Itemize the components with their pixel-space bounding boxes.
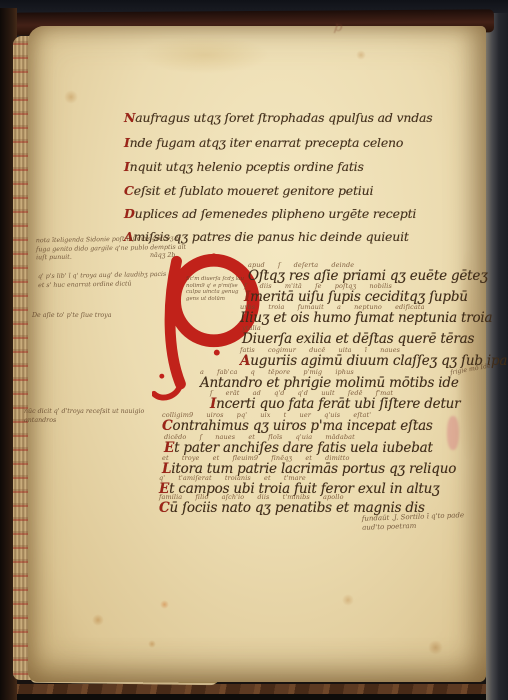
- argumentum-line: Ceſsit et ſublato moueret genitore petiu…: [124, 183, 444, 198]
- verse-text: Iliuʒ et ois humo fumat neptunia troia: [240, 311, 492, 325]
- argumentum-line: Inquit utqʒ helenio pceptis ordine fatis: [124, 159, 444, 174]
- margin-note-line: gens ut dolūm: [186, 296, 244, 303]
- margin-note-line: nāqʒ 2b: [150, 252, 175, 261]
- verse-line: ſ diis m'itā ſe poſtqʒ nobilis Imeritā u…: [244, 282, 468, 304]
- verse-line: urbs troia fumauit a neptuno edificata I…: [240, 303, 492, 325]
- verse-line: et troye et fleuim9 finēqʒ et dimitto Li…: [162, 454, 456, 476]
- gloss-inside-initial: Sc'm diuerſa ſcdʒ lau nolim9 q' e p'miſs…: [186, 276, 244, 302]
- verse-text: Incerti quo fata ferāt ubi ſiſtere detur: [210, 397, 460, 411]
- margin-note-line: nolim9 q' e p'miſse: [186, 283, 244, 290]
- verse-line: a fab'ca q tēpore p'mig iphus Antandro e…: [200, 368, 459, 390]
- margin-note-left-lower: nūc dicit q' d'troya receſsit ut nauigio…: [24, 408, 144, 425]
- margin-note-line: Sc'm diuerſa ſcdʒ lau: [186, 276, 244, 283]
- verse-text: Diuerſa exilia et dēſtas querē tēras: [242, 332, 474, 346]
- argumentum-line: Naufragus utqʒ ſoret ſtrophadas qpulſus …: [124, 110, 444, 125]
- verse-text: Contrahimus qʒ uiros p'ma incepat eſtas: [162, 419, 433, 433]
- verse-text: Antandro et phrigie molimū mōtibs ide: [200, 376, 459, 390]
- verse-text: Cū ſociis nato qʒ penatibs et magnis dis: [159, 501, 425, 515]
- verse-line: dicēdo ſ naues et floīs q'uia mādabat Et…: [164, 433, 433, 455]
- margin-note-line: nūc dicit q' d'troya receſsit ut nauigio: [24, 408, 144, 417]
- argumentum-line: Inde fugam atqʒ iter enarrat precepta ce…: [124, 135, 444, 150]
- manuscript-photo: p Naufragus utqʒ ſoret ſtrophadas qpulſu…: [0, 0, 508, 700]
- argumentum-line: Duplices ad ſemenedes plipheno urgēte re…: [124, 206, 444, 221]
- margin-note-line: culpa uincta genug: [186, 289, 244, 296]
- verse-line: ſ erāt ad q'd q'd uult ſedē f'mat Incert…: [210, 389, 460, 411]
- verse-line: apud ſ deſerta deinde Oſtqʒ res aſie pri…: [248, 261, 488, 283]
- verse-line: ytalia Diuerſa exilia et dēſtas querē tē…: [242, 324, 474, 346]
- verse-line: fatis cogimur ducē uita ī naues Auguriis…: [240, 346, 507, 368]
- verse-text: Et pater anchiſes dare fatis uela iubeba…: [164, 441, 433, 455]
- verse-line: familia filio aſch'io diis t'minibs apol…: [159, 493, 425, 515]
- photo-bottom-strip: [0, 694, 508, 700]
- red-smudge: [447, 416, 459, 450]
- verse-text: Imeritā uiſu ſupis ceciditqʒ ſupbū: [244, 290, 468, 304]
- note-above-initial: nāqʒ 2b: [150, 252, 175, 261]
- margin-note-line: De aſie to' p'te ſiue troya: [32, 312, 111, 321]
- margin-note-line: antandros: [24, 417, 144, 426]
- margin-note-left-low: De aſie to' p'te ſiue troya: [32, 312, 111, 321]
- verse-line: colligim9 uiros pq' uix t uer q'uis eſta…: [162, 411, 433, 433]
- margin-note-bottom-right: fundaūt .J. Sortilo ī q'to pade aud'to p…: [362, 511, 465, 533]
- margin-note-left-mid: q' p's lib' ī q' troya aug' de laudibʒ p…: [38, 271, 167, 290]
- verse-text: Oſtqʒ res aſie priami qʒ euēte gēteʒ: [248, 269, 488, 283]
